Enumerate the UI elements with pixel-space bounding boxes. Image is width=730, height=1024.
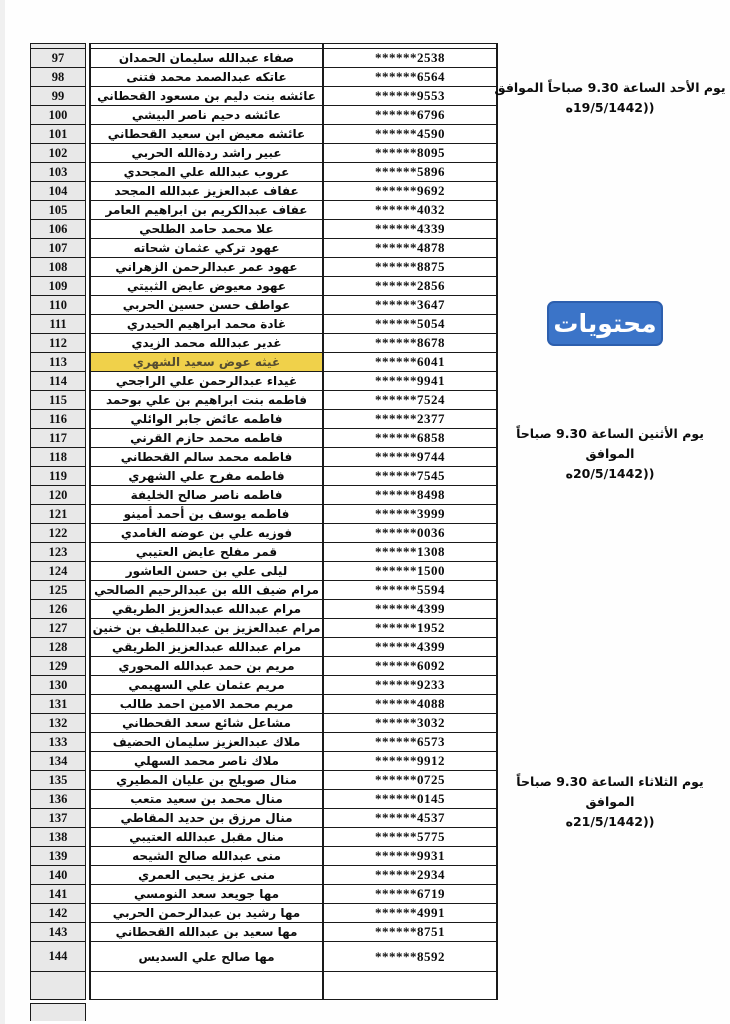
table-row: 115فاطمه بنت ابراهيم بن علي بوحمد******7… [30,391,498,410]
table-row: 104عفاف عبدالعزيز عبدالله المجحد******96… [30,182,498,201]
row-number-cell: 128 [30,638,86,657]
row-number-cell: 126 [30,600,86,619]
applicant-name-cell: مرام عبدالعزيز بن عبداللطيف بن خنين [89,619,322,638]
schedule-annotation-monday: يوم الأثنين الساعة 9.30 صباحاً الموافق (… [494,424,726,484]
row-number-cell: 131 [30,695,86,714]
table-row: 126مرام عبدالله عبدالعزيز الطريقي******4… [30,600,498,619]
applicant-name-cell: مها رشيد بن عبدالرحمن الحربي [89,904,322,923]
masked-id-cell: ******6092 [322,657,498,676]
applicant-name-cell: مرام عبدالله عبدالعزيز الطريقي [89,600,322,619]
row-number-cell: 117 [30,429,86,448]
annotation-date-line: ((19/5/1442ه [494,98,726,118]
annotation-day-line: يوم الأحد الساعة 9.30 صباحاً الموافق [494,78,726,98]
applicant-name-cell: مها صالح علي السديس [89,942,322,972]
table-row: 129مريم بن حمد عبدالله المحوري******6092 [30,657,498,676]
table-row: 122فوزيه علي بن عوضه الغامدي******0036 [30,524,498,543]
annotation-date-line: ((21/5/1442ه [494,812,726,832]
row-number-cell: 112 [30,334,86,353]
applicant-name-cell: عفاف عبدالعزيز عبدالله المجحد [89,182,322,201]
applicant-name-cell: منال مرزق بن حديد المقاطي [89,809,322,828]
masked-id-cell: ******0145 [322,790,498,809]
table-row: 144مها صالح علي السديس******8592 [30,942,498,972]
applicant-name-cell: منى عزيز يحيى العمري [89,866,322,885]
table-empty-row [30,972,498,1000]
masked-id-cell: ******4032 [322,201,498,220]
partial-next-row-cell [30,1003,86,1021]
table-row: 124ليلى علي بن حسن العاشور******1500 [30,562,498,581]
table-row: 131مريم محمد الامين احمد طالب******4088 [30,695,498,714]
applicant-name-cell: مريم بن حمد عبدالله المحوري [89,657,322,676]
table-row: 127مرام عبدالعزيز بن عبداللطيف بن خنين**… [30,619,498,638]
row-number-cell: 106 [30,220,86,239]
masked-id-cell: ******8498 [322,486,498,505]
masked-id-cell: ******9692 [322,182,498,201]
document-page: 97صفاء عبدالله سليمان الحمدان******25389… [0,0,730,1024]
masked-id-cell: ******4878 [322,239,498,258]
masked-id-cell: ******5896 [322,163,498,182]
row-number-cell: 142 [30,904,86,923]
row-number-cell: 139 [30,847,86,866]
table-row: 114غيداء عبدالرحمن علي الراجحي******9941 [30,372,498,391]
applicant-name-cell: فاطمه عائض جابر الوائلي [89,410,322,429]
applicant-name-cell: فوزيه علي بن عوضه الغامدي [89,524,322,543]
masked-id-cell: ******3032 [322,714,498,733]
applicant-name-cell: عواطف حسن حسين الحربي [89,296,322,315]
row-number-cell: 98 [30,68,86,87]
masked-id-cell: ******9233 [322,676,498,695]
row-number-cell: 108 [30,258,86,277]
table-row: 143مها سعيد بن عبدالله القحطاني******875… [30,923,498,942]
masked-id-cell: ******6573 [322,733,498,752]
table-row: 118فاطمه محمد سالم القحطاني******9744 [30,448,498,467]
applicant-name-cell: عروب عبدالله علي المجحدي [89,163,322,182]
row-number-cell: 123 [30,543,86,562]
table-row: 132مشاعل شائع سعد القحطاني******3032 [30,714,498,733]
row-number-cell: 109 [30,277,86,296]
row-number-cell: 114 [30,372,86,391]
masked-id-cell: ******4991 [322,904,498,923]
applicant-name-cell: غادة محمد ابراهيم الحيدري [89,315,322,334]
table-row: 106علا محمد حامد الطلحي******4339 [30,220,498,239]
table-row: 134ملاك ناصر محمد السهلي******9912 [30,752,498,771]
table-row: 105عفاف عبدالكريم بن ابراهيم العامر*****… [30,201,498,220]
table-row: 120فاطمه ناصر صالح الخليفة******8498 [30,486,498,505]
masked-id-cell: ******0036 [322,524,498,543]
applicant-name-cell: غيثه عوض سعيد الشهري [89,353,322,372]
row-number-cell: 113 [30,353,86,372]
applicant-name-cell: فاطمه محمد سالم القحطاني [89,448,322,467]
row-number-cell: 143 [30,923,86,942]
row-number-cell: 122 [30,524,86,543]
table-row: 128مرام عبدالله عبدالعزيز الطريقي******4… [30,638,498,657]
table-row: 139منى عبدالله صالح الشيحه******9931 [30,847,498,866]
applicant-name-cell: مها سعيد بن عبدالله القحطاني [89,923,322,942]
applicant-name-cell: فاطمه محمد حازم القرني [89,429,322,448]
table-row: 140منى عزيز يحيى العمري******2934 [30,866,498,885]
row-number-cell: 107 [30,239,86,258]
applicant-name-cell: ملاك ناصر محمد السهلي [89,752,322,771]
table-row: 142مها رشيد بن عبدالرحمن الحربي******499… [30,904,498,923]
applicant-name-cell: مرام عبدالله عبدالعزيز الطريقي [89,638,322,657]
masked-id-cell: ******4399 [322,600,498,619]
annotation-day-line: يوم الثلاثاء الساعة 9.30 صباحاً الموافق [494,772,726,812]
masked-id-cell: ******4399 [322,638,498,657]
row-number-cell: 129 [30,657,86,676]
row-number-cell: 125 [30,581,86,600]
table-row: 110عواطف حسن حسين الحربي******3647 [30,296,498,315]
table-rows: 97صفاء عبدالله سليمان الحمدان******25389… [30,49,498,972]
masked-id-cell: ******1500 [322,562,498,581]
applicant-name-cell: عبير راشد ردةالله الحربي [89,144,322,163]
applicant-name-cell: عفاف عبدالكريم بن ابراهيم العامر [89,201,322,220]
masked-id-cell: ******8875 [322,258,498,277]
annotation-day-line: يوم الأثنين الساعة 9.30 صباحاً الموافق [494,424,726,464]
applicant-name-cell: عاتكه عبدالصمد محمد فتنى [89,68,322,87]
masked-id-cell: ******5594 [322,581,498,600]
row-number-cell: 102 [30,144,86,163]
table-row: 100عائشه دحيم ناصر البيشي******6796 [30,106,498,125]
table-row: 125مرام ضيف الله بن عبدالرحيم الصالحي***… [30,581,498,600]
applicant-name-cell: فاطمه بنت ابراهيم بن علي بوحمد [89,391,322,410]
applicant-name-cell: مشاعل شائع سعد القحطاني [89,714,322,733]
row-number-cell: 104 [30,182,86,201]
applicant-name-cell: فاطمه مفرح علي الشهري [89,467,322,486]
masked-id-cell: ******6041 [322,353,498,372]
row-number-cell: 137 [30,809,86,828]
table-row: 101عائشه معيض ابن سعيد القحطاني******459… [30,125,498,144]
table-row: 137منال مرزق بن حديد المقاطي******4537 [30,809,498,828]
table-row: 99عائشه بنت دليم بن مسعود القحطاني******… [30,87,498,106]
applicant-name-cell: مريم محمد الامين احمد طالب [89,695,322,714]
masked-id-cell: ******4088 [322,695,498,714]
masked-id-cell: ******7545 [322,467,498,486]
row-number-cell: 136 [30,790,86,809]
table-row: 112غدير عبدالله محمد الزيدي******8678 [30,334,498,353]
row-number-cell: 110 [30,296,86,315]
masked-id-cell: ******3647 [322,296,498,315]
table-row: 111غادة محمد ابراهيم الحيدري******5054 [30,315,498,334]
row-number-cell: 105 [30,201,86,220]
table-row: 113غيثه عوض سعيد الشهري******6041 [30,353,498,372]
masked-id-cell: ******4590 [322,125,498,144]
applicant-name-cell: غيداء عبدالرحمن علي الراجحي [89,372,322,391]
table-row: 133ملاك عبدالعزيز سليمان الحضيف******657… [30,733,498,752]
row-number-cell: 127 [30,619,86,638]
row-number-cell: 111 [30,315,86,334]
applicant-name-cell: غدير عبدالله محمد الزيدي [89,334,322,353]
applicant-name-cell: منال صويلح بن عليان المطيري [89,771,322,790]
applicant-name-cell: عائشه بنت دليم بن مسعود القحطاني [89,87,322,106]
masked-id-cell: ******6719 [322,885,498,904]
table-row: 135منال صويلح بن عليان المطيري******0725 [30,771,498,790]
table-row: 123قمر مفلح عايض العتيبي******1308 [30,543,498,562]
applicant-name-cell: مها جويعد سعد النومسي [89,885,322,904]
row-number-cell: 99 [30,87,86,106]
masked-id-cell: ******9941 [322,372,498,391]
row-number-cell: 101 [30,125,86,144]
masked-id-cell: ******2538 [322,49,498,68]
muhtawiyat-logo: محتويات [547,301,663,346]
schedule-annotation-tuesday: يوم الثلاثاء الساعة 9.30 صباحاً الموافق … [494,772,726,832]
applicant-name-cell: منال محمد بن سعيد متعب [89,790,322,809]
masked-id-cell: ******9912 [322,752,498,771]
table-row: 108عهود عمر عبدالرحمن الزهراني******8875 [30,258,498,277]
applicant-name-cell: علا محمد حامد الطلحي [89,220,322,239]
masked-id-cell: ******7524 [322,391,498,410]
masked-id-cell: ******2934 [322,866,498,885]
masked-id-cell: ******9931 [322,847,498,866]
annotation-date-line: ((20/5/1442ه [494,464,726,484]
masked-id-cell: ******4537 [322,809,498,828]
row-number-cell: 116 [30,410,86,429]
masked-id-cell: ******8592 [322,942,498,972]
applicant-name-cell: فاطمه ناصر صالح الخليفة [89,486,322,505]
applicant-name-cell: فاطمه يوسف بن أحمد أمينو [89,505,322,524]
row-number-cell: 140 [30,866,86,885]
table-row: 107عهود تركي عثمان شحاته******4878 [30,239,498,258]
applicant-name-cell: عائشه معيض ابن سعيد القحطاني [89,125,322,144]
masked-id-cell: ******6858 [322,429,498,448]
masked-id-cell: ******1952 [322,619,498,638]
row-number-cell: 141 [30,885,86,904]
masked-id-cell: ******6796 [322,106,498,125]
row-number-cell: 120 [30,486,86,505]
table-row: 141مها جويعد سعد النومسي******6719 [30,885,498,904]
masked-id-cell: ******5775 [322,828,498,847]
masked-id-cell: ******3999 [322,505,498,524]
table-row: 117فاطمه محمد حازم القرني******6858 [30,429,498,448]
applicant-name-cell: ليلى علي بن حسن العاشور [89,562,322,581]
masked-id-cell: ******8095 [322,144,498,163]
table-row: 98عاتكه عبدالصمد محمد فتنى******6564 [30,68,498,87]
masked-id-cell: ******2856 [322,277,498,296]
table-row: 97صفاء عبدالله سليمان الحمدان******2538 [30,49,498,68]
masked-id-cell: ******9553 [322,87,498,106]
table-row: 119فاطمه مفرح علي الشهري******7545 [30,467,498,486]
row-number-cell: 100 [30,106,86,125]
table-row: 102عبير راشد ردةالله الحربي******8095 [30,144,498,163]
muhtawiyat-logo-text: محتويات [553,309,656,338]
row-number-cell: 135 [30,771,86,790]
table-row: 116فاطمه عائض جابر الوائلي******2377 [30,410,498,429]
applicant-name-cell: عهود تركي عثمان شحاته [89,239,322,258]
row-number-cell: 132 [30,714,86,733]
row-number-cell: 115 [30,391,86,410]
applicant-name-cell: عهود معيوض عايض الثبيتي [89,277,322,296]
row-number-cell: 134 [30,752,86,771]
row-number-cell: 138 [30,828,86,847]
applicant-name-cell: مريم عثمان علي السهيمي [89,676,322,695]
masked-id-cell: ******8678 [322,334,498,353]
applicant-name-cell: صفاء عبدالله سليمان الحمدان [89,49,322,68]
scan-edge-strip [0,0,5,1024]
applicant-name-cell: منى عبدالله صالح الشيحه [89,847,322,866]
row-number-cell: 144 [30,942,86,972]
registration-table: 97صفاء عبدالله سليمان الحمدان******25389… [30,43,498,1021]
table-row: 138منال مقبل عبدالله العتيبي******5775 [30,828,498,847]
applicant-name-cell: منال مقبل عبدالله العتيبي [89,828,322,847]
applicant-name-cell: عائشه دحيم ناصر البيشي [89,106,322,125]
masked-id-cell: ******8751 [322,923,498,942]
schedule-annotation-sunday: يوم الأحد الساعة 9.30 صباحاً الموافق ((1… [494,78,726,118]
applicant-name-cell: قمر مفلح عايض العتيبي [89,543,322,562]
applicant-name-cell: ملاك عبدالعزيز سليمان الحضيف [89,733,322,752]
row-number-cell: 118 [30,448,86,467]
row-number-cell: 97 [30,49,86,68]
row-number-cell: 124 [30,562,86,581]
table-row: 136منال محمد بن سعيد متعب******0145 [30,790,498,809]
row-number-cell: 133 [30,733,86,752]
row-number-cell: 130 [30,676,86,695]
row-number-cell: 121 [30,505,86,524]
row-number-cell: 119 [30,467,86,486]
row-number-cell: 103 [30,163,86,182]
table-row: 103عروب عبدالله علي المجحدي******5896 [30,163,498,182]
masked-id-cell: ******1308 [322,543,498,562]
masked-id-cell: ******9744 [322,448,498,467]
masked-id-cell: ******2377 [322,410,498,429]
table-row: 121فاطمه يوسف بن أحمد أمينو******3999 [30,505,498,524]
table-row: 109عهود معيوض عايض الثبيتي******2856 [30,277,498,296]
masked-id-cell: ******6564 [322,68,498,87]
masked-id-cell: ******4339 [322,220,498,239]
applicant-name-cell: مرام ضيف الله بن عبدالرحيم الصالحي [89,581,322,600]
applicant-name-cell: عهود عمر عبدالرحمن الزهراني [89,258,322,277]
masked-id-cell: ******5054 [322,315,498,334]
table-row: 130مريم عثمان علي السهيمي******9233 [30,676,498,695]
masked-id-cell: ******0725 [322,771,498,790]
